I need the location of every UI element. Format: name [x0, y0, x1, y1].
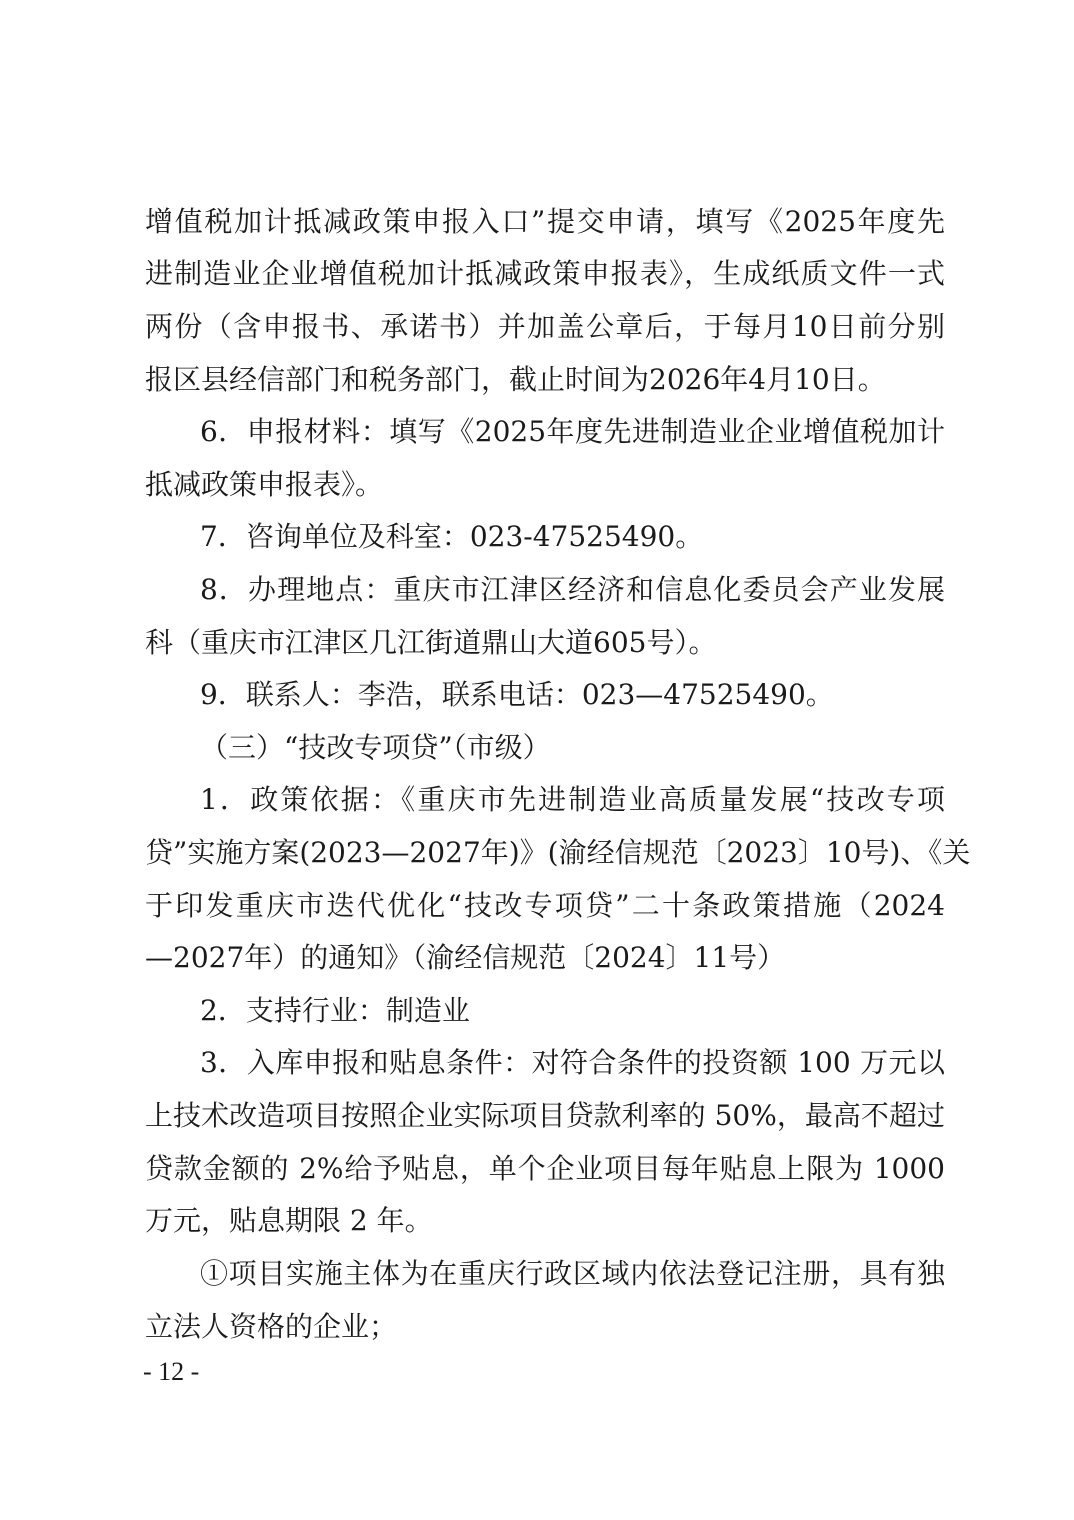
text-line: 增值税加计抵减政策申报入口”提交申请，填写《2025年度先 [145, 204, 945, 240]
text-line: 6．申报材料：填写《2025年度先进制造业企业增值税加计 [200, 414, 945, 450]
text-line: 1．政策依据：《重庆市先进制造业高质量发展“技改专项 [200, 782, 945, 818]
text-line: 贷款金额的 2%给予贴息，单个企业项目每年贴息上限为 1000 [145, 1151, 945, 1187]
text-line: （三）“技改专项贷”（市级） [200, 730, 945, 766]
text-line: 3．入库申报和贴息条件：对符合条件的投资额 100 万元以 [200, 1045, 945, 1081]
text-line: 抵减政策申报表》。 [145, 467, 945, 503]
text-line: —2027年）的通知》（渝经信规范〔2024〕11号） [145, 940, 945, 976]
text-line: 2．支持行业：制造业 [200, 993, 945, 1029]
text-line: 万元，贴息期限 2 年。 [145, 1203, 945, 1239]
text-line: 立法人资格的企业； [145, 1309, 945, 1345]
text-line: 科（重庆市江津区几江街道鼎山大道605号）。 [145, 625, 945, 661]
document-page: - 12 - 增值税加计抵减政策申报入口”提交申请，填写《2025年度先进制造业… [0, 0, 1074, 1520]
text-line: 进制造业企业增值税加计抵减政策申报表》，生成纸质文件一式 [145, 256, 945, 292]
text-line: 9．联系人：李浩，联系电话：023—47525490。 [200, 677, 945, 713]
text-line: 7．咨询单位及科室：023-47525490。 [200, 519, 945, 555]
page-number: - 12 - [143, 1357, 199, 1387]
text-line: 贷”实施方案(2023—2027年)》(渝经信规范〔2023〕10号)、《关 [145, 835, 945, 871]
text-line: 于印发重庆市迭代优化“技改专项贷”二十条政策措施（2024 [145, 888, 945, 924]
text-line: 报区县经信部门和税务部门，截止时间为2026年4月10日。 [145, 362, 945, 398]
text-line: ①项目实施主体为在重庆行政区域内依法登记注册，具有独 [200, 1256, 945, 1292]
text-line: 上技术改造项目按照企业实际项目贷款利率的 50%，最高不超过 [145, 1098, 945, 1134]
text-line: 两份（含申报书、承诺书）并加盖公章后，于每月10日前分别 [145, 309, 945, 345]
text-line: 8．办理地点：重庆市江津区经济和信息化委员会产业发展 [200, 572, 945, 608]
